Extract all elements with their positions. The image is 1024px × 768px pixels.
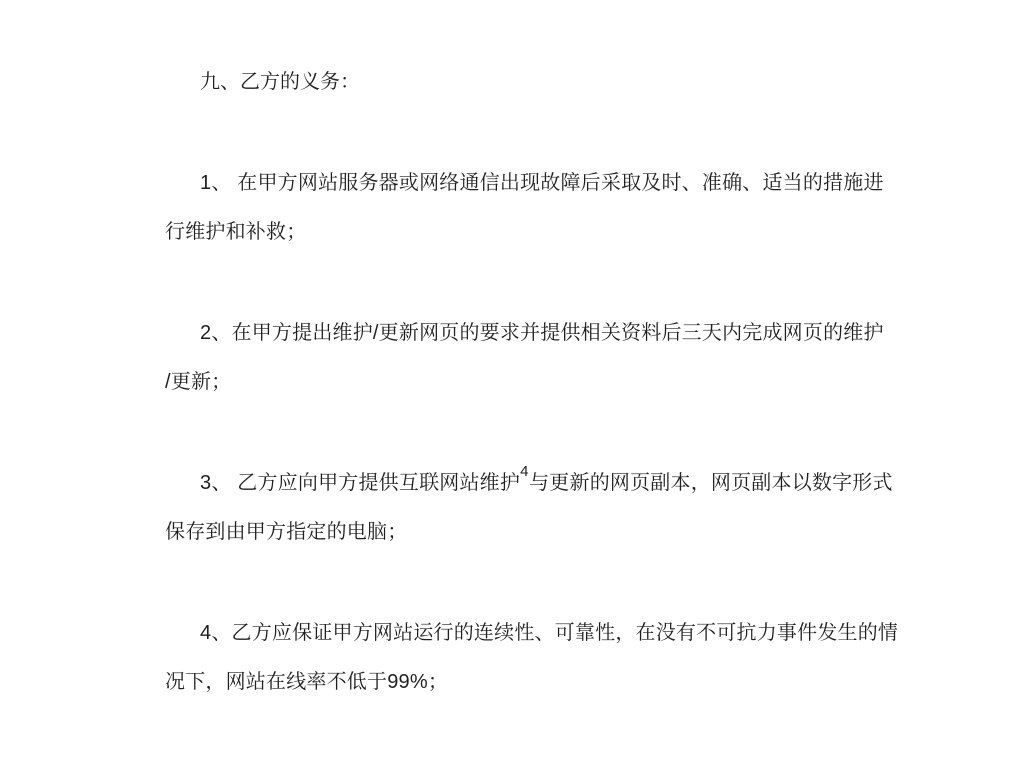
clause-3-text-before-superscript: 3、 乙方应向甲方提供互联网站维护 [200, 472, 520, 494]
clause-3-line-1: 3、 乙方应向甲方提供互联网站维护4与更新的网页副本，网页副本以数字形式 [200, 459, 885, 508]
clause-1-line-2: 行维护和补救； [165, 208, 885, 257]
clause-2-line-2: /更新； [165, 358, 885, 407]
clause-3-text-after-superscript: 与更新的网页副本，网页副本以数字形式 [529, 472, 893, 494]
clause-3-line-2: 保存到由甲方指定的电脑； [165, 508, 885, 557]
clause-3: 3、 乙方应向甲方提供互联网站维护4与更新的网页副本，网页副本以数字形式 保存到… [165, 459, 885, 557]
clause-1: 1、 在甲方网站服务器或网络通信出现故障后采取及时、准确、适当的措施进 行维护和… [165, 159, 885, 257]
document-content: 九、乙方的义务： 1、 在甲方网站服务器或网络通信出现故障后采取及时、准确、适当… [165, 58, 885, 707]
clause-2: 2、在甲方提出维护/更新网页的要求并提供相关资料后三天内完成网页的维护 /更新； [165, 309, 885, 407]
document-page: 九、乙方的义务： 1、 在甲方网站服务器或网络通信出现故障后采取及时、准确、适当… [0, 0, 1024, 768]
section-heading: 九、乙方的义务： [200, 58, 885, 107]
clause-2-line-1: 2、在甲方提出维护/更新网页的要求并提供相关资料后三天内完成网页的维护 [200, 309, 885, 358]
clause-1-line-1: 1、 在甲方网站服务器或网络通信出现故障后采取及时、准确、适当的措施进 [200, 159, 885, 208]
clause-4: 4、乙方应保证甲方网站运行的连续性、可靠性，在没有不可抗力事件发生的情 况下，网… [165, 609, 885, 707]
clause-4-line-2: 况下，网站在线率不低于99%； [165, 658, 885, 707]
clause-4-line-1: 4、乙方应保证甲方网站运行的连续性、可靠性，在没有不可抗力事件发生的情 [200, 609, 885, 658]
